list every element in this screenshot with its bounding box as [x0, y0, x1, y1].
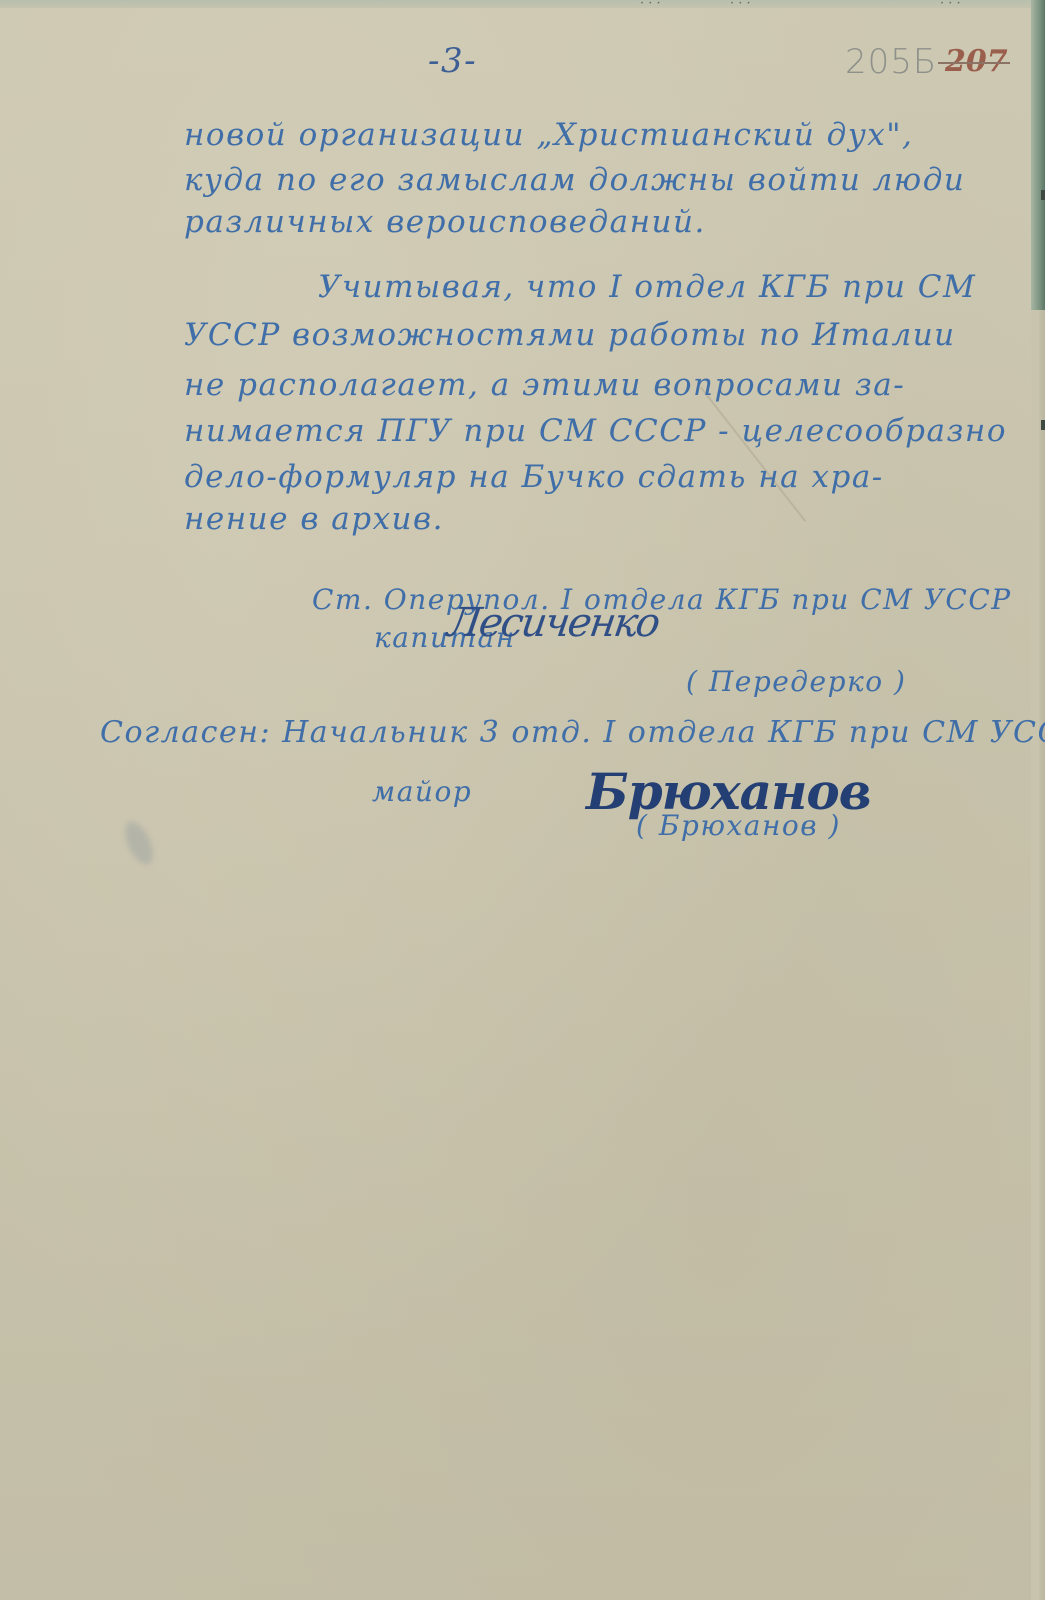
approval-label: Согласен:	[100, 715, 271, 750]
approval-line: Согласен: Начальник 3 отд. I отдела КГБ …	[100, 718, 1045, 748]
approver-name: ( Брюханов )	[636, 812, 841, 840]
body-line: различных вероисповеданий.	[184, 207, 706, 238]
paper-crease	[700, 387, 806, 522]
edge-mark	[1041, 190, 1045, 200]
author-position: Ст. Оперупол. I отдела КГБ при СМ УССР	[312, 586, 1012, 614]
archive-folio-number: 205Б	[845, 42, 937, 82]
author-signature: Лесиченко	[445, 600, 662, 646]
paper-sheet	[0, 8, 1031, 1600]
body-line: не располагает, а этими вопросами за-	[184, 370, 905, 401]
body-line: куда по его замыслам должны войти люди	[184, 165, 965, 196]
ink-smudge	[119, 818, 158, 869]
page-number: -3-	[428, 44, 477, 78]
author-name: ( Передерко )	[686, 668, 906, 696]
body-line: новой организации „Христианский дух",	[184, 120, 913, 151]
binder-edge	[1031, 0, 1045, 310]
body-line: УССР возможностями работы по Италии	[184, 320, 956, 351]
approver-position: Начальник 3 отд. I отдела КГБ при СМ УСС…	[282, 715, 1045, 750]
scanned-document: · · · · · · · · · -3- 205Б 207 новой орг…	[0, 0, 1045, 1600]
body-line: дело-формуляр на Бучко сдать на хра-	[184, 462, 884, 493]
approver-rank: майор	[372, 778, 472, 806]
edge-mark	[1041, 420, 1045, 430]
strikethrough-line	[938, 62, 1010, 64]
folio-suffix: Б	[913, 42, 937, 82]
body-line: нимается ПГУ при СМ СССР - целесообразно	[184, 416, 1007, 447]
page-edge	[1039, 310, 1045, 1600]
back-sheet-edge: · · · · · · · · ·	[0, 0, 1045, 8]
body-line: Учитывая, что I отдел КГБ при СМ	[318, 272, 976, 303]
body-line: нение в архив.	[184, 504, 444, 535]
folio-current: 205	[845, 42, 913, 82]
